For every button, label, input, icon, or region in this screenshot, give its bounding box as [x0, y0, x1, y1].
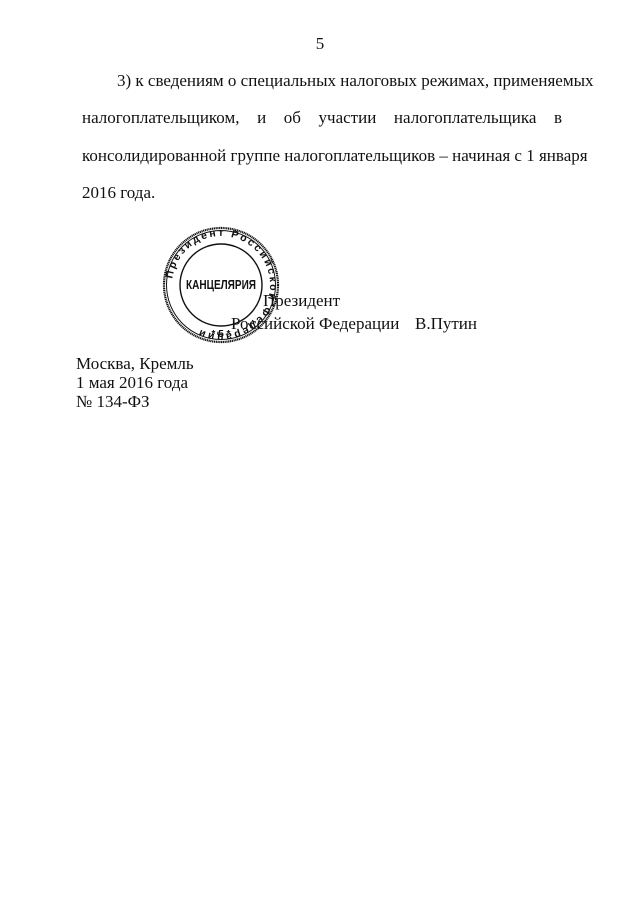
paragraph-line-4: 2016 года. — [82, 183, 562, 203]
paragraph-line-3: консолидированной группе налогоплательщи… — [82, 146, 562, 166]
page-number: 5 — [0, 34, 640, 54]
footer-place: Москва, Кремль — [76, 354, 194, 374]
paragraph-line-2: налогоплательщиком, и об участии налогоп… — [82, 108, 562, 128]
stamp-graphic: Президент Российской Федерации КАНЦЕЛЯРИ… — [162, 226, 280, 344]
signature-name: В.Путин — [415, 314, 477, 334]
paragraph-line-1: 3) к сведениям о специальных налоговых р… — [117, 71, 562, 91]
stamp-center-text: КАНЦЕЛЯРИЯ — [186, 277, 256, 292]
stamp-number: * 5 * — [212, 329, 231, 340]
footer-law-number: № 134-ФЗ — [76, 392, 150, 412]
seal-stamp-icon: Президент Российской Федерации КАНЦЕЛЯРИ… — [162, 226, 280, 344]
footer-date: 1 мая 2016 года — [76, 373, 188, 393]
